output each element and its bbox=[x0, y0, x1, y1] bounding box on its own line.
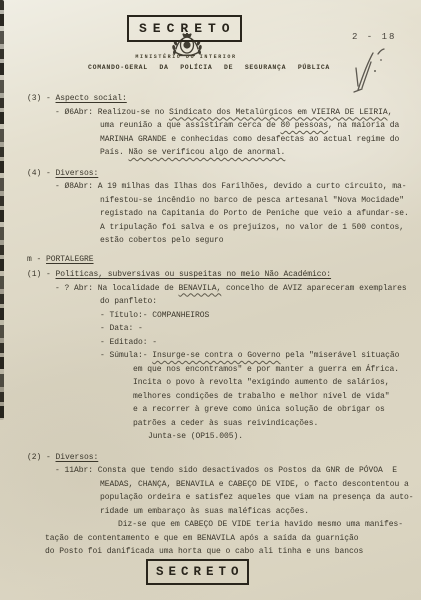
text-segment: - Súmula:- bbox=[100, 351, 152, 360]
text-segment: (2) - bbox=[27, 453, 56, 462]
text-segment: tação de contentamento e que em BENAVILA… bbox=[45, 534, 359, 543]
document-line: - Súmula:- Insurge-se contra o Governo p… bbox=[27, 349, 417, 363]
document-line: - ? Abr: Na localidade de BENAVILA, conc… bbox=[27, 282, 417, 296]
document-line: MEADAS, CHANÇA, BENAVILA e CABEÇO DE VID… bbox=[27, 478, 417, 492]
classification-stamp-bottom: SECRETO bbox=[146, 559, 249, 585]
text-segment: uma reunião a que assistiram cerca de bbox=[100, 121, 281, 130]
underlined-phrase: PORTALEGRE bbox=[46, 255, 94, 264]
text-segment: população ordeira e satisfez aqueles que… bbox=[100, 493, 414, 502]
document-line: (4) - Diversos: bbox=[27, 167, 417, 181]
text-segment: , bbox=[388, 108, 393, 117]
text-segment: (1) - bbox=[27, 270, 56, 279]
underlined-phrase: Diversos: bbox=[56, 453, 99, 462]
text-segment: ridade um embaraço às suas maléficas acç… bbox=[100, 507, 309, 516]
document-line: tação de contentamento e que em BENAVILA… bbox=[27, 532, 417, 546]
text-segment: - Título:- COMPANHEIROS bbox=[100, 311, 209, 320]
document-line: estão cobertos pelo seguro bbox=[27, 234, 417, 248]
document-line: uma reunião a que assistiram cerca de 80… bbox=[27, 119, 417, 133]
text-segment: estão cobertos pelo seguro bbox=[100, 236, 224, 245]
document-line: do Posto foi danificada uma horta que o … bbox=[27, 545, 417, 559]
document-line: ridade um embaraço às suas maléficas acç… bbox=[27, 505, 417, 519]
text-segment: e a recorrer à greve como única solução … bbox=[133, 405, 385, 414]
document-line: (2) - Diversos: bbox=[27, 451, 417, 465]
text-segment: (3) - bbox=[27, 94, 56, 103]
document-line: MARINHA GRANDE e conhecidas como desafec… bbox=[27, 133, 417, 147]
text-segment: do panfleto: bbox=[100, 297, 157, 306]
text-segment: nifestou-se incêndio no barco de pesca a… bbox=[100, 196, 404, 205]
document-body: (3) - Aspecto social:- Ø6Abr: Realizou-s… bbox=[27, 92, 417, 559]
document-line: e a recorrer à greve como única solução … bbox=[27, 403, 417, 417]
document-line: - Ø8Abr: A 19 milhas das Ilhas dos Faril… bbox=[27, 180, 417, 194]
document-line: Junta-se (OP15.005). bbox=[27, 430, 417, 444]
text-segment: do Posto foi danificada uma horta que o … bbox=[45, 547, 363, 556]
text-segment: Incita o povo à revolta "exigindo aument… bbox=[133, 378, 390, 387]
document-line: A tripulação foi salva e os prejuízos, n… bbox=[27, 221, 417, 235]
text-segment: - 11Abr: Consta que tendo sido desactiva… bbox=[55, 466, 397, 475]
document-line: população ordeira e satisfez aqueles que… bbox=[27, 491, 417, 505]
document-line: - Título:- COMPANHEIROS bbox=[27, 309, 417, 323]
page-reference: 2 - 18 bbox=[352, 32, 396, 42]
document-line: m - PORTALEGRE bbox=[27, 253, 417, 267]
document-line: registado na Capitania do Porto de Penic… bbox=[27, 207, 417, 221]
document-line: Incita o povo à revolta "exigindo aument… bbox=[27, 376, 417, 390]
text-segment: A tripulação foi salva e os prejuízos, n… bbox=[100, 223, 404, 232]
text-segment: - Ø6Abr: Realizou-se no bbox=[55, 108, 169, 117]
document-line: - Ø6Abr: Realizou-se no Sindicato dos Me… bbox=[27, 106, 417, 120]
text-segment: concelho de AVIZ apareceram exemplares bbox=[221, 284, 406, 293]
document-line: do panfleto: bbox=[27, 295, 417, 309]
text-segment: m - bbox=[27, 255, 46, 264]
underlined-phrase: BENAVILA, bbox=[179, 284, 222, 293]
text-segment: patrões a ceder às suas reivindicações. bbox=[133, 419, 318, 428]
text-segment: - Data: - bbox=[100, 324, 143, 333]
text-segment: Diz-se que em CABEÇO DE VIDE teria havid… bbox=[118, 520, 403, 529]
document-line: (1) - Políticas, subversivas ou suspeita… bbox=[27, 268, 417, 282]
document-line: (3) - Aspecto social: bbox=[27, 92, 417, 106]
document-line: nifestou-se incêndio no barco de pesca a… bbox=[27, 194, 417, 208]
underlined-phrase: Aspecto social: bbox=[56, 94, 127, 103]
underlined-phrase: Políticas, subversivas ou suspeitas no m… bbox=[56, 270, 332, 279]
text-segment: - Editado: - bbox=[100, 338, 157, 347]
document-line: - Editado: - bbox=[27, 336, 417, 350]
text-segment: País. bbox=[100, 148, 129, 157]
underlined-phrase: 80 pessoas bbox=[281, 121, 329, 130]
underlined-phrase: Insurge-se contra o Governo bbox=[152, 351, 280, 360]
text-segment: (4) - bbox=[27, 169, 56, 178]
document-line: patrões a ceder às suas reivindicações. bbox=[27, 417, 417, 431]
scan-binding-edge-icon bbox=[0, 0, 4, 420]
underlined-phrase: Sindicato dos Metalúrgicos em VIEIRA DE … bbox=[169, 108, 388, 117]
text-segment: - Ø8Abr: A 19 milhas das Ilhas dos Faril… bbox=[55, 182, 407, 191]
classification-stamp-bottom-label: SECRETO bbox=[156, 565, 244, 579]
document-line: País. Não se verificou algo de anormal. bbox=[27, 146, 417, 160]
text-segment: pela "miserável situação bbox=[281, 351, 400, 360]
text-segment: - ? Abr: Na localidade de bbox=[55, 284, 179, 293]
ministry-title: MINISTÉRIO DO INTERIOR bbox=[96, 54, 276, 60]
text-segment: em que nos encontramos" e por manter a g… bbox=[133, 365, 399, 374]
document-line: em que nos encontramos" e por manter a g… bbox=[27, 363, 417, 377]
underlined-phrase: Diversos: bbox=[56, 169, 99, 178]
document-line: Diz-se que em CABEÇO DE VIDE teria havid… bbox=[27, 518, 417, 532]
text-segment: registado na Capitania do Porto de Penic… bbox=[100, 209, 409, 218]
text-segment: MEADAS, CHANÇA, BENAVILA e CABEÇO DE VID… bbox=[100, 480, 409, 489]
document-line: - Data: - bbox=[27, 322, 417, 336]
text-segment: , na maioria da bbox=[328, 121, 399, 130]
scanned-document-page: SECRETO MINISTÉRIO DO INTERIOR bbox=[0, 0, 421, 600]
command-title: COMANDO-GERAL DA POLÍCIA DE SEGURANÇA PÚ… bbox=[88, 64, 330, 71]
underlined-phrase: Não se verificou algo de anormal. bbox=[129, 148, 286, 157]
text-segment: melhores condições de trabalho e melhor … bbox=[133, 392, 390, 401]
text-segment: MARINHA GRANDE e conhecidas como desafec… bbox=[100, 135, 399, 144]
document-line: melhores condições de trabalho e melhor … bbox=[27, 390, 417, 404]
document-line: - 11Abr: Consta que tendo sido desactiva… bbox=[27, 464, 417, 478]
text-segment: Junta-se (OP15.005). bbox=[148, 432, 243, 441]
